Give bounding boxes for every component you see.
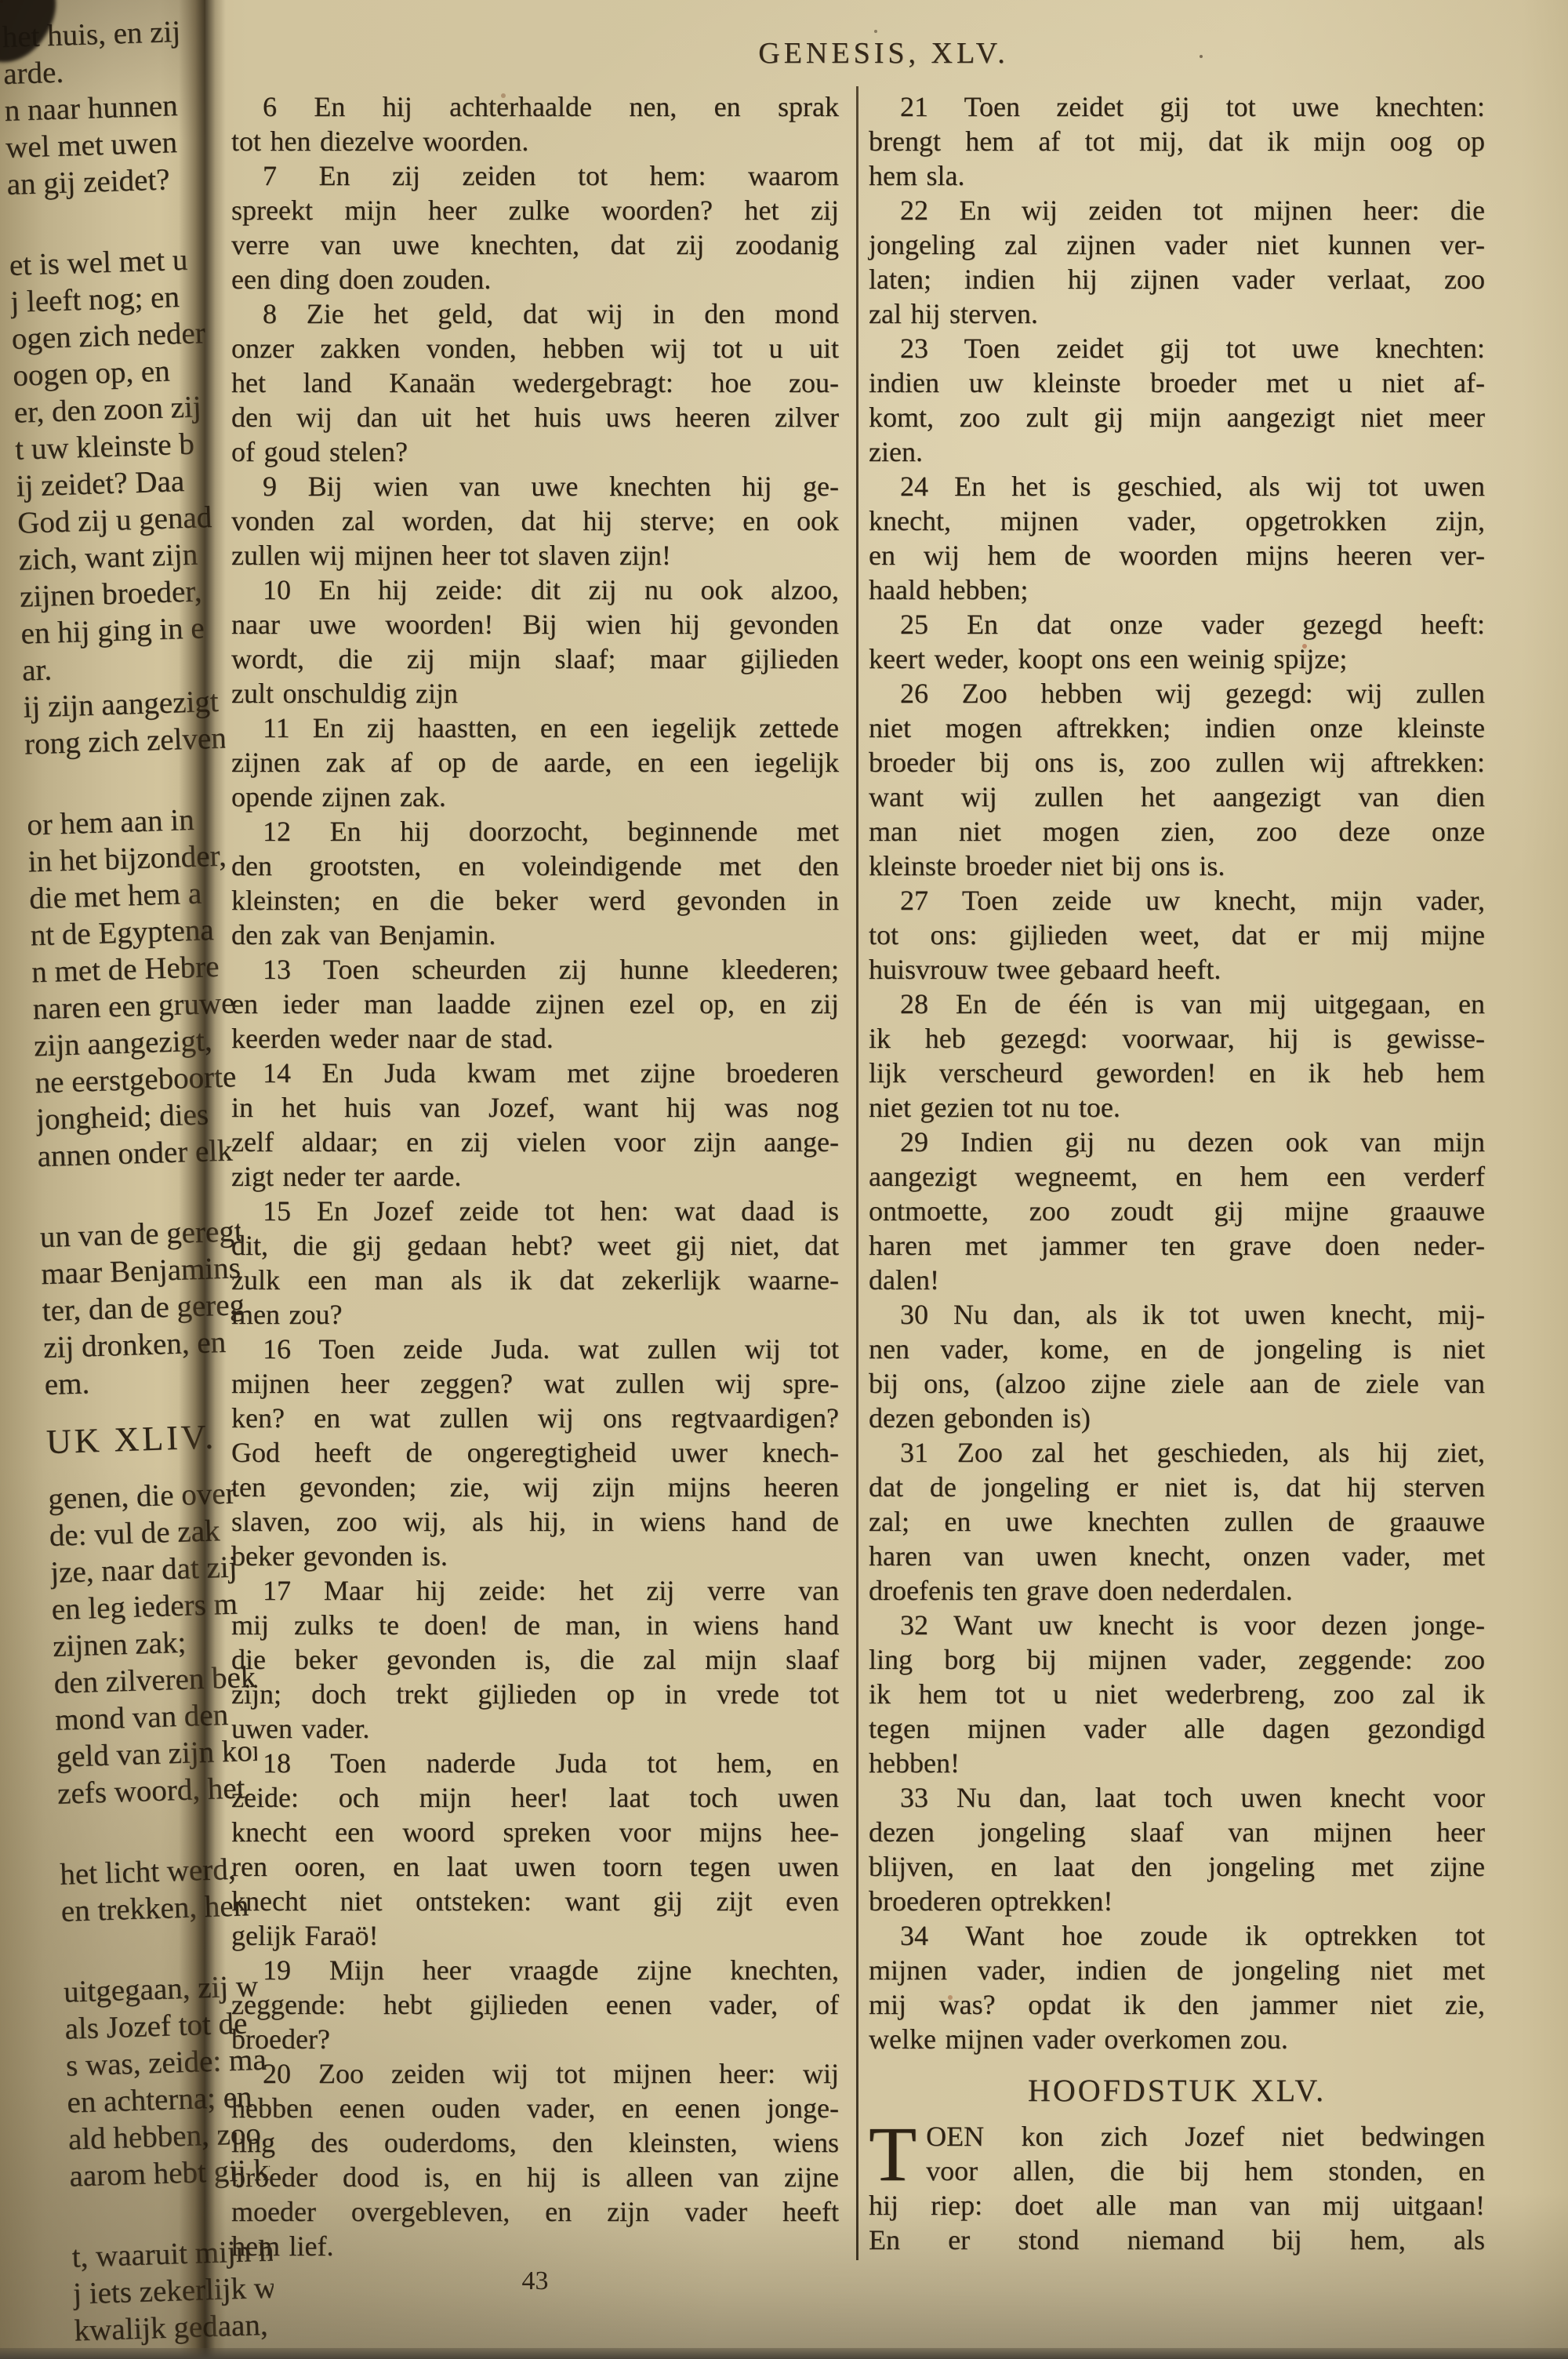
chapter-intro-lines: OEN kon zich Jozef niet bedwingenvoor al… [869,2119,1485,2257]
verse: 29 Indien gij nu dezen ook van mijnaange… [869,1125,1485,1297]
verse: 28 En de één is van mij uitgegaan, enik … [869,987,1485,1125]
text-fragment: an gij zeidet? [6,160,208,203]
verse: 14 En Juda kwam met zijne broederenin he… [231,1056,839,1194]
bottom-page-edge [0,2348,1568,2359]
verse: 6 En hij achterhaalde nen, en spraktot h… [231,89,839,158]
drop-cap-initial: T [869,2119,926,2185]
verse: 7 En zij zeiden tot hem: waaromspreekt m… [231,158,839,296]
text-fragment: geld van zijn kor [56,1732,257,1776]
verse: 15 En Jozef zeide tot hen: wat daad isdi… [231,1194,839,1332]
verse: 17 Maar hij zeide: het zij verre vanmij … [231,1573,839,1746]
verse: 32 Want uw knecht is voor dezen jonge-li… [869,1608,1485,1780]
page-header-title: GENESIS, XLV. [205,36,1562,71]
verse: 33 Nu dan, laat toch uwen knecht voordez… [869,1780,1485,1918]
verse: 9 Bij wien van uwe knechten hij ge-vonde… [231,469,839,572]
verse: 11 En zij haastten, en een iegelijk zett… [231,711,839,814]
verse: 25 En dat onze vader gezegd heeft:keert … [869,607,1485,676]
text-fragment [58,1806,260,1856]
verse: 30 Nu dan, als ik tot uwen knecht, mij-n… [869,1297,1485,1435]
text-fragment: arde. [2,49,204,93]
text-fragment: mond van den [54,1696,256,1739]
column-divider-rule [856,86,858,2260]
gutter-crease-shadow [179,0,226,2359]
verse: 18 Toen naderde Juda tot hem, enzeide: o… [231,1746,839,1953]
right-column-verses: 21 Toen zeidet gij tot uwe knechten:bren… [869,89,1485,2056]
verse: 31 Zoo zal het geschieden, als hij ziet,… [869,1435,1485,1608]
verse: 22 En wij zeiden tot mijnen heer: diejon… [869,193,1485,331]
verse: 13 Toen scheurden zij hunne kleederen;en… [231,952,839,1056]
verse: 19 Mijn heer vraagde zijne knechten,zegg… [231,1953,839,2056]
verse: 12 En hij doorzocht, beginnende metden g… [231,814,839,952]
text-fragment: kwalijk gedaan, [74,2306,275,2350]
verse: 34 Want hoe zoude ik optrekken totmijnen… [869,1918,1485,2056]
middle-text-column: 6 En hij achterhaalde nen, en spraktot h… [231,89,839,2263]
verse: 24 En het is geschied, als wij tot uwenk… [869,469,1485,607]
verse: 20 Zoo zeiden wij tot mijnen heer: wijhe… [231,2056,839,2263]
chapter-heading: HOOFDSTUK XLV. [869,2074,1485,2108]
verse: 27 Toen zeide uw knecht, mijn vader,tot … [869,883,1485,987]
text-fragment: wel met uwen [5,123,206,166]
verse: 10 En hij zeide: dit zij nu ook alzoo,na… [231,572,839,711]
text-fragment: n naar hunnen [4,86,205,129]
chapter-intro-paragraph: TOEN kon zich Jozef niet bedwingenvoor a… [869,2119,1485,2257]
verse: 21 Toen zeidet gij tot uwe knechten:bren… [869,89,1485,193]
text-fragment: zefs woord, het [56,1769,258,1812]
verse: 8 Zie het geld, dat wij in den mondonzer… [231,296,839,469]
verse: 26 Zoo hebben wij gezegd: wij zullenniet… [869,676,1485,883]
right-text-column: 21 Toen zeidet gij tot uwe knechten:bren… [869,89,1485,2257]
page-number: 43 [231,2266,839,2296]
verse: 23 Toen zeidet gij tot uwe knechten:indi… [869,331,1485,469]
verse: 16 Toen zeide Juda. wat zullen wij totmi… [231,1332,839,1573]
